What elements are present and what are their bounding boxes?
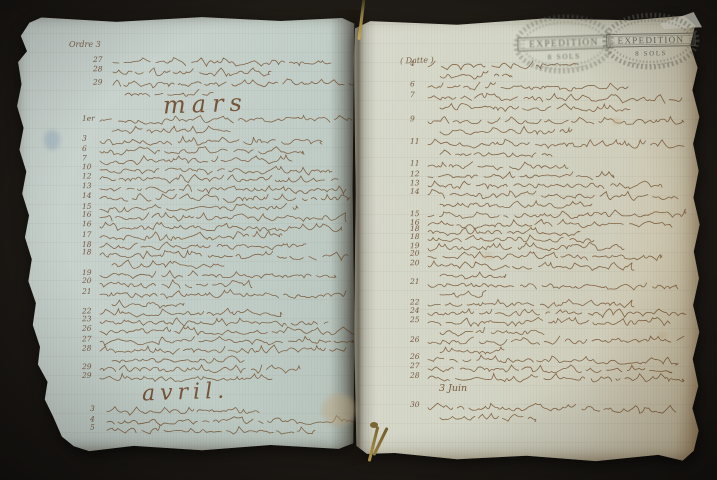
entry-number: 28 bbox=[93, 64, 103, 73]
manuscript-entry: 9 bbox=[353, 116, 700, 127]
manuscript-entry: 1er bbox=[14, 114, 356, 127]
entry-number: 16 bbox=[82, 219, 92, 228]
handwriting-line bbox=[440, 70, 512, 80]
entry-number: 18 bbox=[82, 247, 92, 256]
entry-number: 27 bbox=[82, 334, 92, 343]
handwriting-line bbox=[107, 425, 315, 435]
entry-number: 6 bbox=[410, 79, 415, 88]
manuscript-entry: 30 bbox=[353, 401, 700, 414]
handwriting-line bbox=[428, 251, 662, 261]
handwriting-line bbox=[100, 289, 346, 298]
handwriting-line bbox=[428, 335, 684, 346]
handwriting-line bbox=[428, 260, 634, 270]
entry-number: 10 bbox=[82, 162, 92, 171]
manuscript-entry: 14 bbox=[353, 188, 700, 202]
entry-number: 9 bbox=[410, 114, 415, 123]
handwriting-line bbox=[100, 230, 282, 241]
handwriting-line bbox=[100, 193, 350, 202]
handwriting-line bbox=[428, 92, 682, 103]
handwriting-line bbox=[100, 136, 322, 146]
entry-number: 27 bbox=[93, 55, 103, 64]
handwriting-line bbox=[113, 57, 331, 66]
handwriting-line bbox=[440, 126, 572, 135]
handwriting-line bbox=[428, 161, 568, 170]
manuscript-entry: 29 bbox=[14, 78, 356, 90]
entry-number: 29 bbox=[82, 371, 92, 380]
entry-number: 20 bbox=[82, 276, 92, 285]
stamp-denomination: 8 SOLS bbox=[635, 50, 667, 58]
entry-number: 25 bbox=[410, 315, 420, 324]
manuscript-entry: 11 bbox=[353, 139, 700, 150]
entry-number: 21 bbox=[410, 277, 420, 286]
handwriting-line bbox=[100, 344, 346, 355]
entry-number: 6 bbox=[82, 144, 87, 153]
handwriting-line bbox=[113, 66, 271, 76]
manuscript-entry: 21 bbox=[14, 289, 356, 299]
handwriting-line bbox=[113, 78, 365, 89]
handwriting-line bbox=[440, 199, 592, 210]
handwriting-line bbox=[100, 326, 354, 335]
manuscript-entry: 21 bbox=[353, 278, 700, 291]
handwriting-line bbox=[428, 116, 684, 126]
stamp-label: EXPEDITION bbox=[617, 34, 684, 45]
entry-number: 4 bbox=[410, 59, 415, 68]
entry-number: 26 bbox=[410, 352, 420, 361]
entry-number: 12 bbox=[82, 171, 92, 180]
handwriting-line bbox=[112, 260, 224, 270]
entry-number: 7 bbox=[82, 153, 87, 162]
manuscript-entry: 7 bbox=[353, 92, 700, 105]
handwriting-line bbox=[112, 299, 184, 308]
handwriting-line bbox=[112, 125, 230, 135]
entry-number: 20 bbox=[410, 258, 420, 267]
handwriting-line bbox=[428, 373, 684, 382]
handwriting-line bbox=[100, 364, 300, 373]
entry-number: 26 bbox=[82, 324, 92, 333]
handwriting-line bbox=[107, 406, 259, 415]
left-margin-note: Ordre 3 bbox=[69, 40, 101, 49]
manuscript-photo-backdrop: Ordre 3 mars avril. 2728291er36710121314… bbox=[0, 0, 717, 480]
handwriting-line bbox=[100, 373, 272, 383]
entry-number: 26 bbox=[410, 335, 420, 344]
stamp-denomination: 8 SOLS bbox=[548, 52, 581, 61]
entry-number: 18 bbox=[410, 232, 420, 241]
right-page-wrap: ( Datte ) 3 Juin 46791111121314151618181… bbox=[353, 14, 700, 462]
juin-subheading: 3 Juin bbox=[439, 383, 467, 394]
entry-number: 7 bbox=[410, 90, 415, 99]
handwriting-line bbox=[100, 174, 338, 184]
entry-number: 29 bbox=[93, 78, 103, 87]
entry-number: 27 bbox=[410, 361, 420, 370]
handwriting-line bbox=[428, 308, 686, 317]
manuscript-entry: 29 bbox=[14, 372, 356, 383]
left-page-wrap: Ordre 3 mars avril. 2728291er36710121314… bbox=[14, 14, 356, 452]
manuscript-entry: 26 bbox=[353, 334, 700, 347]
handwriting-line bbox=[100, 249, 348, 260]
handwriting-line bbox=[100, 278, 252, 288]
entry-number: 17 bbox=[82, 230, 92, 239]
entry-number: 28 bbox=[410, 371, 420, 380]
manuscript-entry: 18 bbox=[14, 249, 356, 261]
entry-number: 15 bbox=[410, 209, 420, 218]
entry-number: 13 bbox=[82, 181, 92, 190]
handwriting-line bbox=[125, 89, 213, 99]
expedition-stamp: EXPEDITION 8 SOLS bbox=[600, 10, 701, 76]
entry-number: 5 bbox=[90, 423, 95, 432]
entry-number: 28 bbox=[82, 344, 92, 353]
handwriting-line bbox=[100, 154, 292, 164]
manuscript-entry: 20 bbox=[353, 260, 700, 272]
entry-number: 3 bbox=[90, 404, 95, 413]
entry-number: 30 bbox=[410, 400, 420, 409]
handwriting-line bbox=[440, 102, 630, 112]
entry-number: 11 bbox=[410, 159, 420, 168]
manuscript-entry: 28 bbox=[14, 66, 356, 79]
handwriting-line bbox=[440, 289, 486, 298]
entry-number: 16 bbox=[82, 210, 92, 219]
entry-number: 21 bbox=[82, 287, 92, 296]
left-page: Ordre 3 mars avril. 2728291er36710121314… bbox=[14, 14, 356, 452]
entry-number: 12 bbox=[410, 169, 420, 178]
handwriting-line bbox=[428, 139, 684, 149]
entry-number: 20 bbox=[410, 249, 420, 258]
handwriting-line bbox=[100, 114, 352, 125]
manuscript-entry: 25 bbox=[353, 317, 700, 327]
entry-number: 1er bbox=[82, 114, 95, 123]
entry-number: 24 bbox=[410, 306, 420, 315]
handwriting-line bbox=[428, 180, 662, 190]
handwriting-line bbox=[440, 149, 552, 158]
handwriting-line bbox=[440, 327, 544, 336]
entry-number: 3 bbox=[82, 134, 87, 143]
entry-number: 11 bbox=[410, 137, 420, 146]
manuscript-entry: 3 bbox=[14, 136, 356, 147]
right-page: ( Datte ) 3 Juin 46791111121314151618181… bbox=[353, 14, 700, 462]
handwriting-line bbox=[428, 81, 628, 91]
handwriting-line bbox=[440, 412, 536, 422]
entry-number: 23 bbox=[82, 314, 92, 323]
handwriting-line bbox=[428, 317, 670, 326]
manuscript-entry: 28 bbox=[353, 373, 700, 384]
handwriting-line bbox=[100, 212, 346, 222]
manuscript-entry: 5 bbox=[14, 424, 356, 435]
entry-number: 14 bbox=[410, 187, 420, 196]
manuscript-entry: 28 bbox=[14, 344, 356, 356]
entry-number: 14 bbox=[82, 191, 92, 200]
